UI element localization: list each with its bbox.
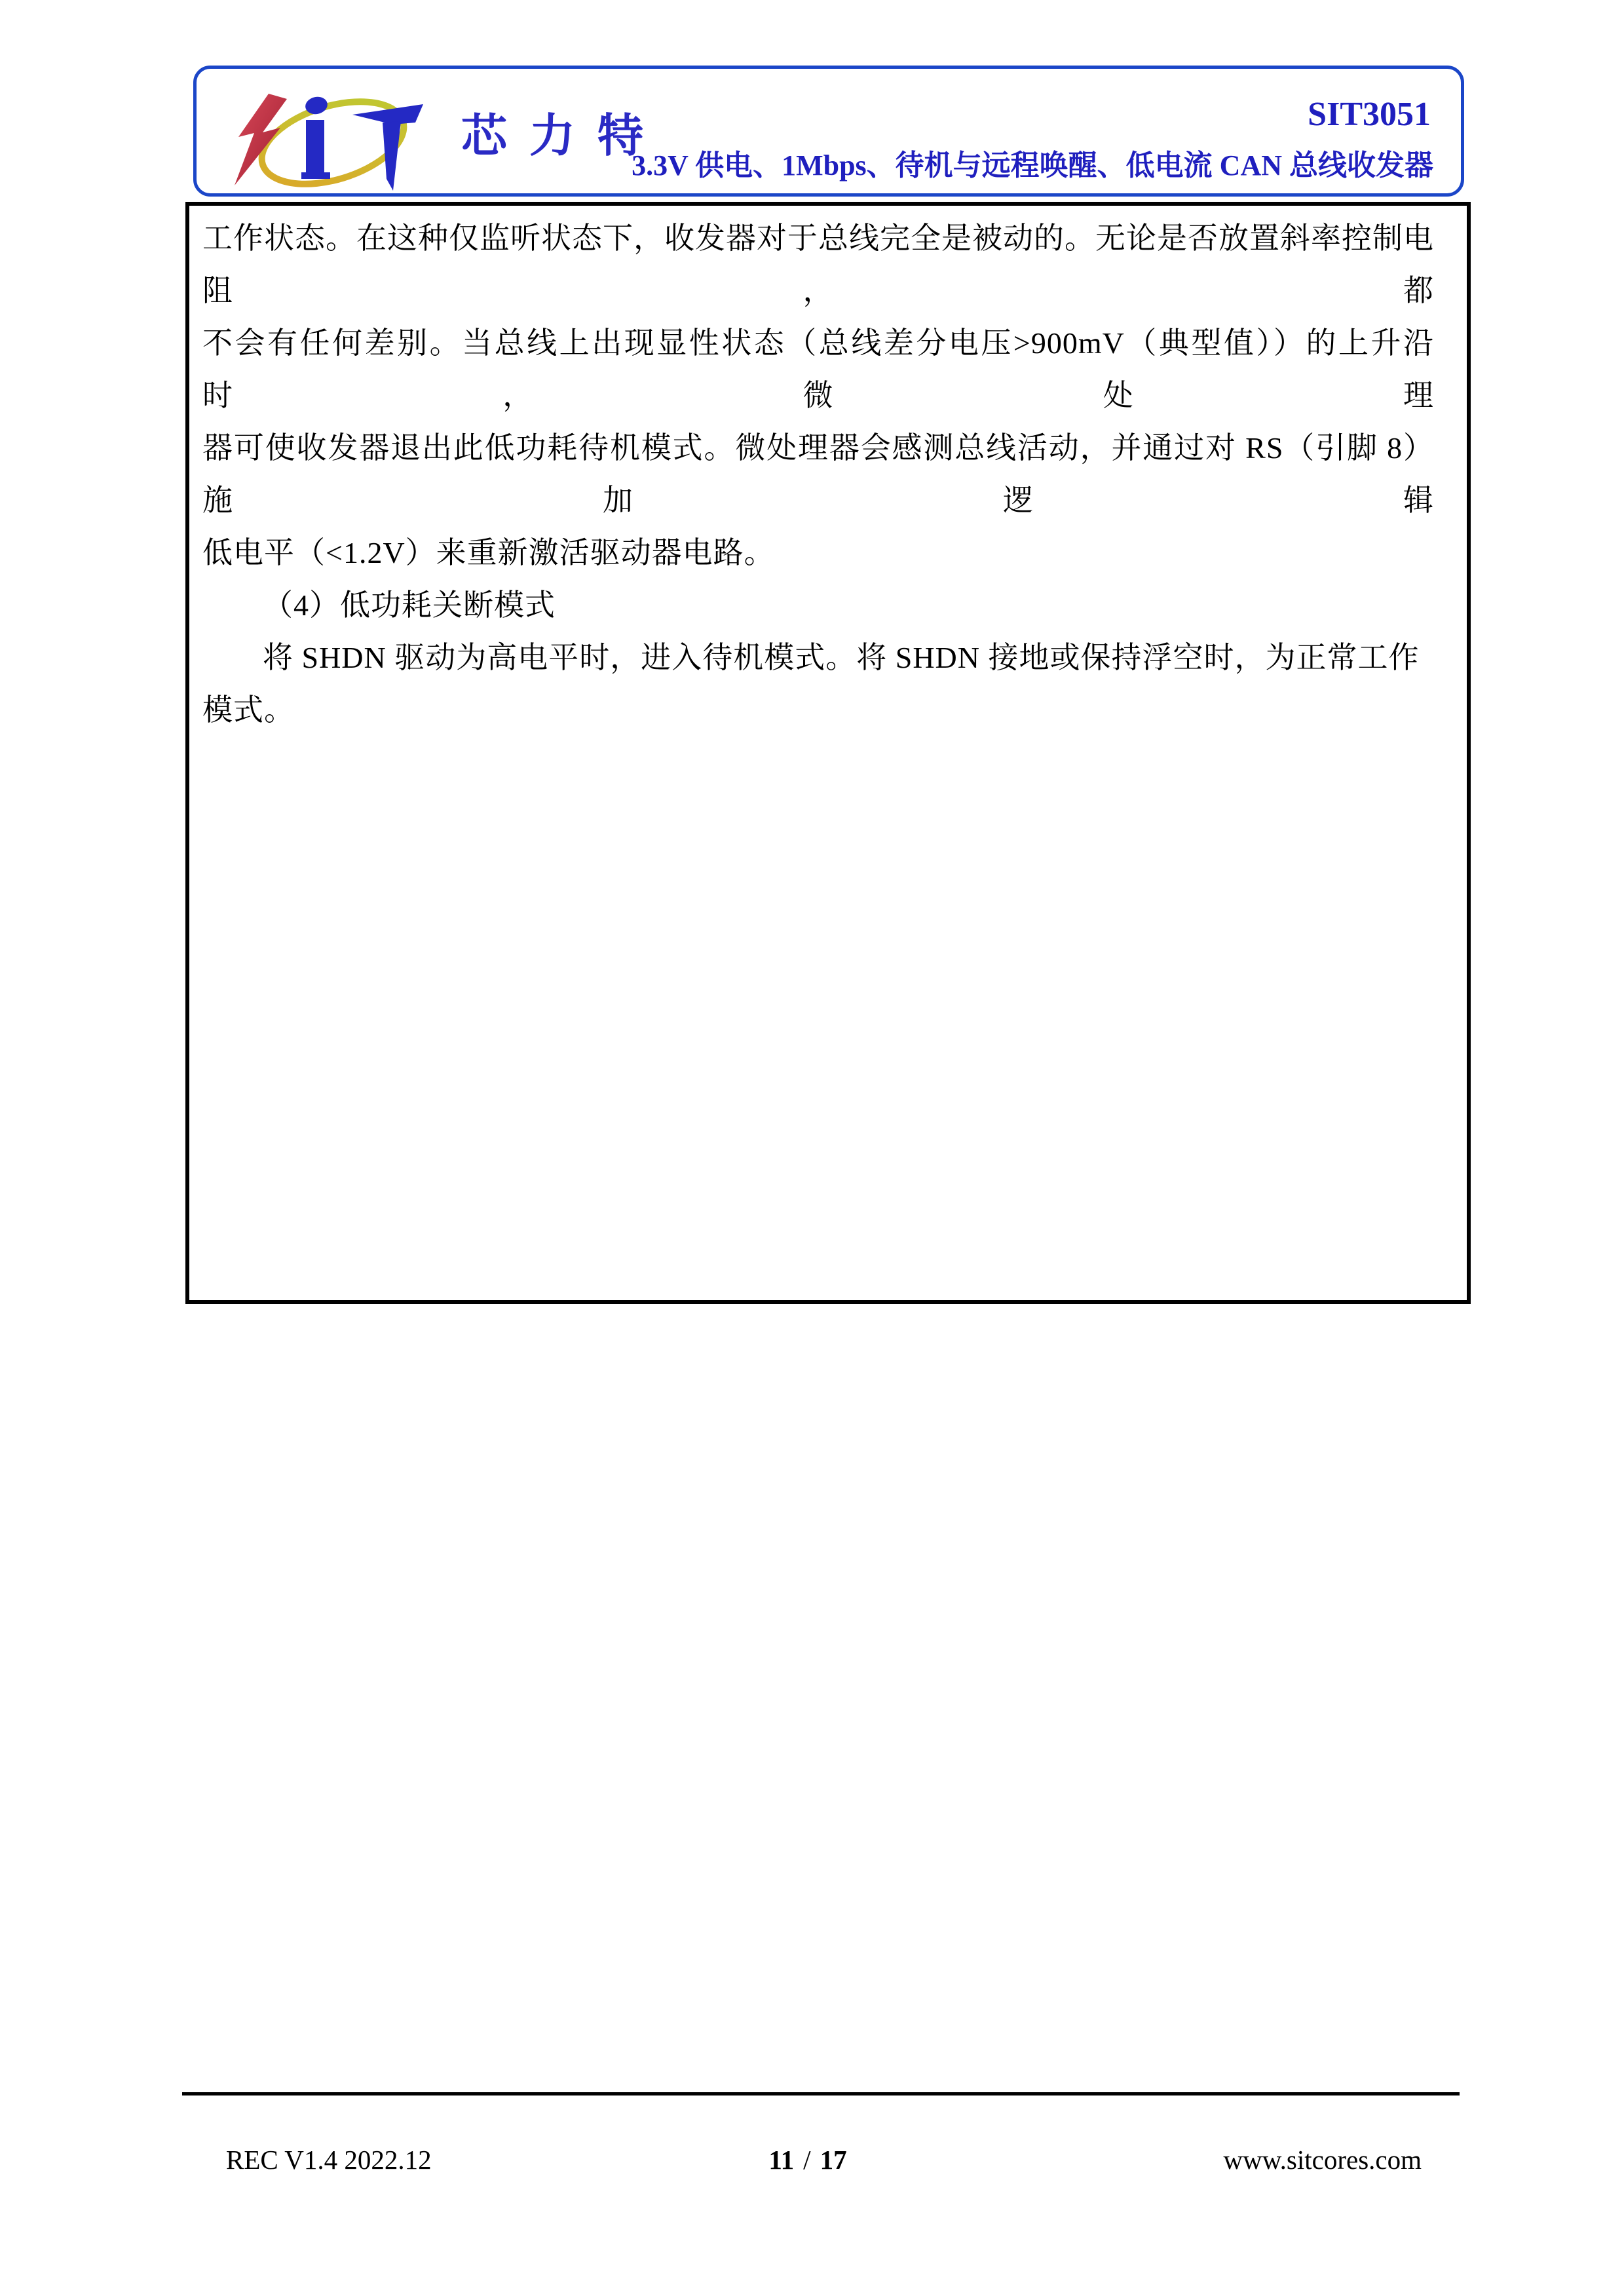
page-number-total: 17 xyxy=(820,2145,847,2175)
part-number: SIT3051 xyxy=(1308,98,1431,132)
page-number-current: 11 xyxy=(768,2145,794,2175)
footer-divider xyxy=(182,2092,1460,2095)
footer-page-indicator: 11/17 xyxy=(768,2144,846,2176)
sit-logo-icon xyxy=(228,87,444,192)
body-text-line: 器可使收发器退出此低功耗待机模式。微处理器会感测总线活动，并通过对 RS（引脚 … xyxy=(202,422,1434,527)
body-text-line: 低电平（<1.2V）来重新激活驱动器电路。 xyxy=(202,527,1434,579)
body-text-line: 工作状态。在这种仅监听状态下，收发器对于总线完全是被动的。无论是否放置斜率控制电… xyxy=(202,212,1434,317)
footer-revision: REC V1.4 2022.12 xyxy=(226,2144,432,2176)
document-subtitle: 3.3V 供电、1Mbps、待机与远程唤醒、低电流 CAN 总线收发器 xyxy=(632,151,1433,180)
brand-logo: 芯力特 xyxy=(228,87,666,192)
body-text-line: 将 SHDN 驱动为高电平时，进入待机模式。将 SHDN 接地或保持浮空时，为正… xyxy=(202,632,1434,737)
section-heading-shutdown-mode: （4）低功耗关断模式 xyxy=(202,579,1434,632)
header: 芯力特 SIT3051 3.3V 供电、1Mbps、待机与远程唤醒、低电流 CA… xyxy=(193,66,1464,197)
body-text-line: 不会有任何差别。当总线上出现显性状态（总线差分电压>900mV（典型值））的上升… xyxy=(202,317,1434,422)
footer-website: www.sitcores.com xyxy=(1224,2144,1422,2176)
page-number-separator: / xyxy=(794,2145,820,2175)
content-box: 工作状态。在这种仅监听状态下，收发器对于总线完全是被动的。无论是否放置斜率控制电… xyxy=(185,202,1471,1304)
